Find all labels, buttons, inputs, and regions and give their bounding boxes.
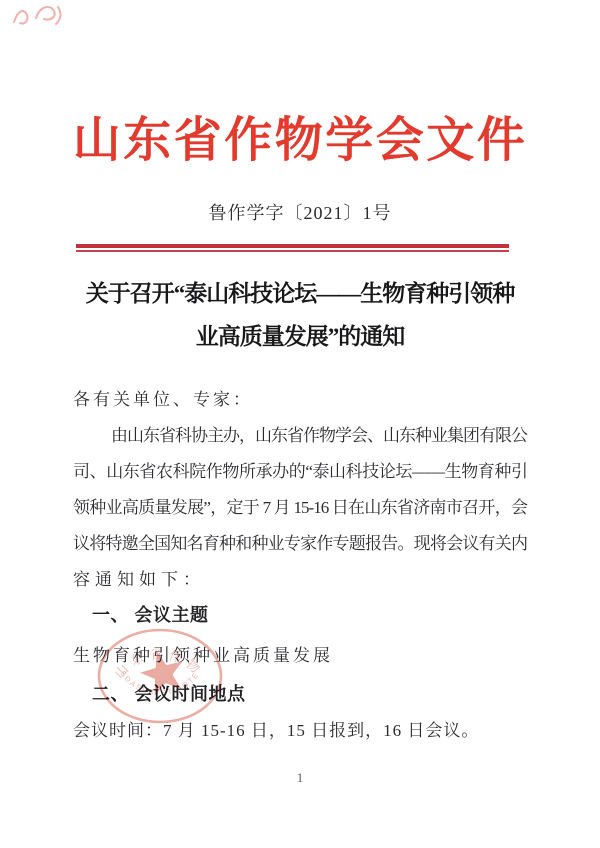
- scribble-stroke: [14, 11, 27, 24]
- body-text-line: 司、山东省农科院作物所承办的“泰山科技论坛——生物育种引: [73, 459, 527, 485]
- body-text-line: 容通知如下：: [73, 567, 527, 593]
- body-text-line: 领种业高质量发展”，定于 7 月 15-16 日在山东省济南市召开，会: [73, 495, 527, 521]
- scribble-stroke: [36, 7, 55, 20]
- section-1-heading: 一、 会议主题: [92, 602, 546, 628]
- red-scribble-marks: [6, 0, 86, 36]
- body-text-line: 由山东省科协主办，山东省作物学会、山东种业集团有限公: [73, 423, 527, 449]
- section-1-text: 生物育种引领种业高质量发展: [73, 643, 527, 669]
- section-2-text: 会议时间：7 月 15-16 日，15 日报到，16 日会议。: [73, 718, 527, 744]
- notice-title-line-2: 业高质量发展”的通知: [0, 315, 600, 358]
- scribble-stroke: [56, 7, 60, 24]
- document-header-title: 山东省作物学会文件: [0, 112, 600, 170]
- salutation-line: 各有关单位、专家：: [73, 387, 527, 413]
- red-divider-thin-line: [76, 250, 509, 252]
- page-number: 1: [0, 770, 600, 786]
- notice-title-line-1: 关于召开“泰山科技论坛——生物育种引领种: [0, 272, 600, 315]
- notice-title: 关于召开“泰山科技论坛——生物育种引领种 业高质量发展”的通知: [0, 272, 600, 358]
- document-number: 鲁作学字〔2021〕1号: [0, 200, 600, 226]
- red-divider-thick-line: [76, 244, 509, 248]
- body-text-line: 议将特邀全国知名育种和种业专家作专题报告。现将会议有关内: [73, 531, 527, 557]
- section-2-heading: 二、 会议时间地点: [92, 681, 546, 707]
- red-divider-line: [76, 244, 509, 252]
- document-page: 山东省作物学会文件 鲁作学字〔2021〕1号 关于召开“泰山科技论坛——生物育种…: [0, 0, 600, 848]
